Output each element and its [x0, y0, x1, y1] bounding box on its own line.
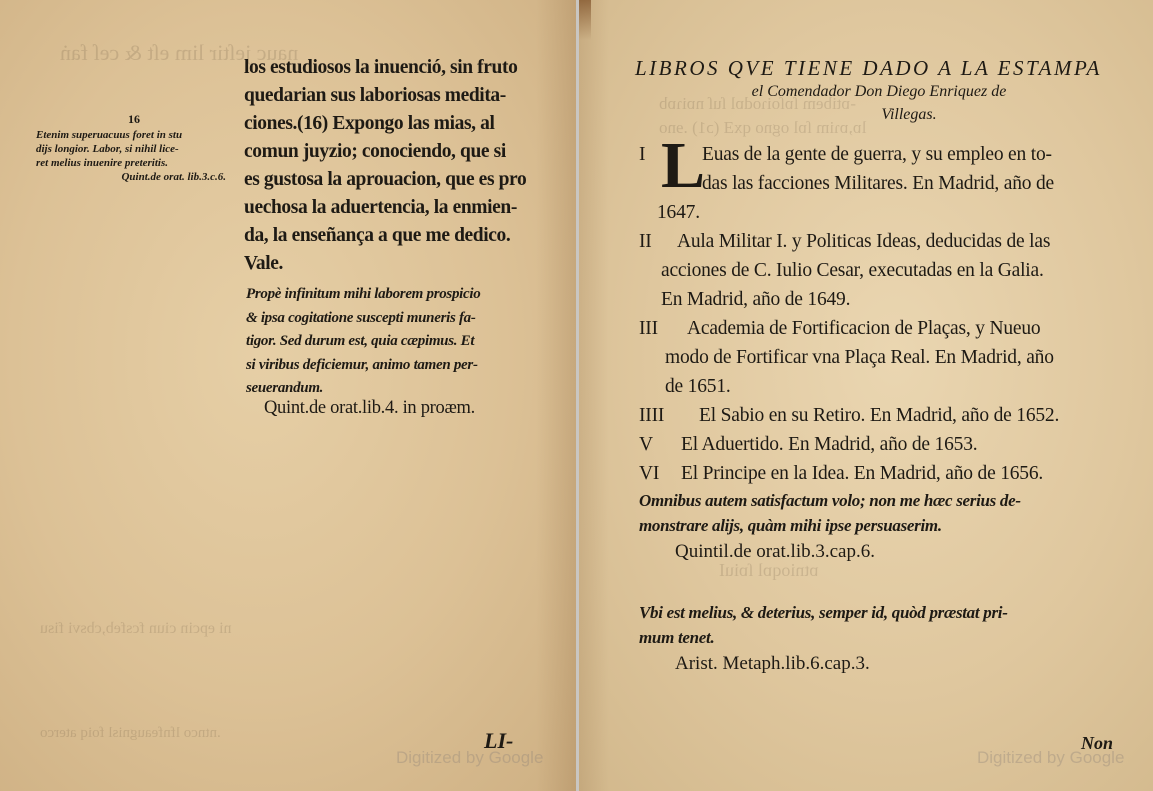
quote-citation: Arist. Metaph.lib.6.cap.3.: [639, 650, 1119, 677]
text-line: da, la enseñança a que me dedico.: [244, 222, 534, 250]
left-page: nauc jeſtir lim eſt & ceſ faṅ ni epcin c…: [0, 0, 576, 791]
quote-line: mum tenet.: [639, 625, 1119, 650]
drop-cap: L: [661, 137, 705, 195]
subtitle-line: el Comendador Don Diego Enriquez de: [729, 80, 1029, 103]
books-title: LIBROS QVE TIENE DADO A LA ESTAMPA: [635, 56, 1102, 81]
book-line: Academia de Fortificacion de Plaças, y N…: [639, 314, 1119, 343]
book-list: I L Euas de la gente de guerra, y su emp…: [639, 140, 1119, 488]
quote-line: & ipsa cogitatione suscepti muneris fa-: [246, 307, 536, 331]
book-line: acciones de C. Iulio Cesar, executadas e…: [639, 256, 1119, 285]
right-page: -ɒtibem ſɒſoiɿodɒl ſuſ nɒiɿɒb lɒ,ɒɿim ſɒ…: [579, 0, 1153, 791]
book-entry: V El Aduertido. En Madrid, año de 1653.: [639, 430, 1119, 459]
main-text: los estudiosos la inuenció, sin fruto qu…: [244, 54, 534, 278]
quote-block: Vbi est melius, & deterius, semper id, q…: [639, 600, 1119, 677]
text-line: Vale.: [244, 250, 534, 278]
book-numeral: VI: [639, 459, 659, 488]
book-line: Euas de la gente de guerra, y su empleo …: [639, 140, 1119, 169]
watermark: Digitized by Google: [396, 748, 543, 768]
latin-quote: Propè infinitum mihi laborem prospicio &…: [246, 283, 536, 401]
quote-block: Omnibus autem satisfactum volo; non me h…: [639, 488, 1119, 565]
book-spread: nauc jeſtir lim eſt & ceſ faṅ ni epcin c…: [0, 0, 1153, 791]
show-through-text: ni epcin ciun fcsfeb,cbsvi fisu: [40, 620, 232, 638]
book-line: En Madrid, año de 1649.: [639, 285, 1119, 314]
quote-citation: Quintil.de orat.lib.3.cap.6.: [639, 538, 1119, 565]
book-numeral: II: [639, 227, 652, 256]
quote-line: Vbi est melius, & deterius, semper id, q…: [639, 600, 1119, 625]
book-numeral: III: [639, 314, 658, 343]
book-entry: II Aula Militar I. y Politicas Ideas, de…: [639, 227, 1119, 314]
book-line: das las facciones Militares. En Madrid, …: [639, 169, 1119, 198]
quote-line: si viribus deficiemur, animo tamen per-: [246, 354, 536, 378]
stain: [579, 0, 591, 40]
quote-citation: Quint.de orat.lib.4. in proæm.: [264, 398, 475, 419]
note-citation: Quint.de orat. lib.3.c.6.: [36, 170, 232, 184]
book-line: Aula Militar I. y Politicas Ideas, deduc…: [639, 227, 1119, 256]
book-entry: VI El Principe en la Idea. En Madrid, añ…: [639, 459, 1119, 488]
subtitle-line: Villegas.: [729, 103, 1029, 126]
quote-line: seuerandum.: [246, 377, 536, 401]
show-through-text: .ntnco lfnfeaugnisl foiq aterco: [40, 725, 221, 742]
watermark: Digitized by Google: [977, 748, 1124, 768]
book-line: El Aduertido. En Madrid, año de 1653.: [639, 430, 1119, 459]
book-line: 1647.: [639, 198, 1119, 227]
quote-line: tigor. Sed durum est, quia cæpimus. Et: [246, 330, 536, 354]
text-line: quedarian sus laboriosas medita-: [244, 82, 534, 110]
book-entry: IIII El Sabio en su Retiro. En Madrid, a…: [639, 401, 1119, 430]
quote-line: Omnibus autem satisfactum volo; non me h…: [639, 488, 1119, 513]
book-line: El Principe en la Idea. En Madrid, año d…: [639, 459, 1119, 488]
books-subtitle: el Comendador Don Diego Enriquez de Vill…: [729, 80, 1029, 126]
text-line: comun juyzio; conociendo, que si: [244, 138, 534, 166]
margin-note: 16 Etenim superuacuus foret in stu dijs …: [36, 112, 232, 184]
book-entry: I L Euas de la gente de guerra, y su emp…: [639, 140, 1119, 227]
book-line: modo de Fortificar vna Plaça Real. En Ma…: [639, 343, 1119, 372]
book-numeral: I: [639, 140, 645, 169]
note-line: Etenim superuacuus foret in stu: [36, 128, 232, 142]
book-numeral: IIII: [639, 401, 664, 430]
note-number: 16: [36, 112, 232, 126]
note-line: dijs longior. Labor, si nihil lice-: [36, 142, 232, 156]
text-line: los estudiosos la inuenció, sin fruto: [244, 54, 534, 82]
book-entry: III Academia de Fortificacion de Plaças,…: [639, 314, 1119, 401]
note-line: ret melius inuenire preteritis.: [36, 156, 232, 170]
latin-quote: Omnibus autem satisfactum volo; non me h…: [639, 488, 1119, 538]
quote-line: monstrare alijs, quàm mihi ipse persuase…: [639, 513, 1119, 538]
text-line: es gustosa la aprouacion, que es pro: [244, 166, 534, 194]
latin-quote: Vbi est melius, & deterius, semper id, q…: [639, 600, 1119, 650]
quote-line: Propè infinitum mihi laborem prospicio: [246, 283, 536, 307]
book-numeral: V: [639, 430, 653, 459]
text-line: ciones.(16) Expongo las mias, al: [244, 110, 534, 138]
text-line: uechosa la aduertencia, la enmien-: [244, 194, 534, 222]
book-line: de 1651.: [639, 372, 1119, 401]
book-line: El Sabio en su Retiro. En Madrid, año de…: [639, 401, 1119, 430]
